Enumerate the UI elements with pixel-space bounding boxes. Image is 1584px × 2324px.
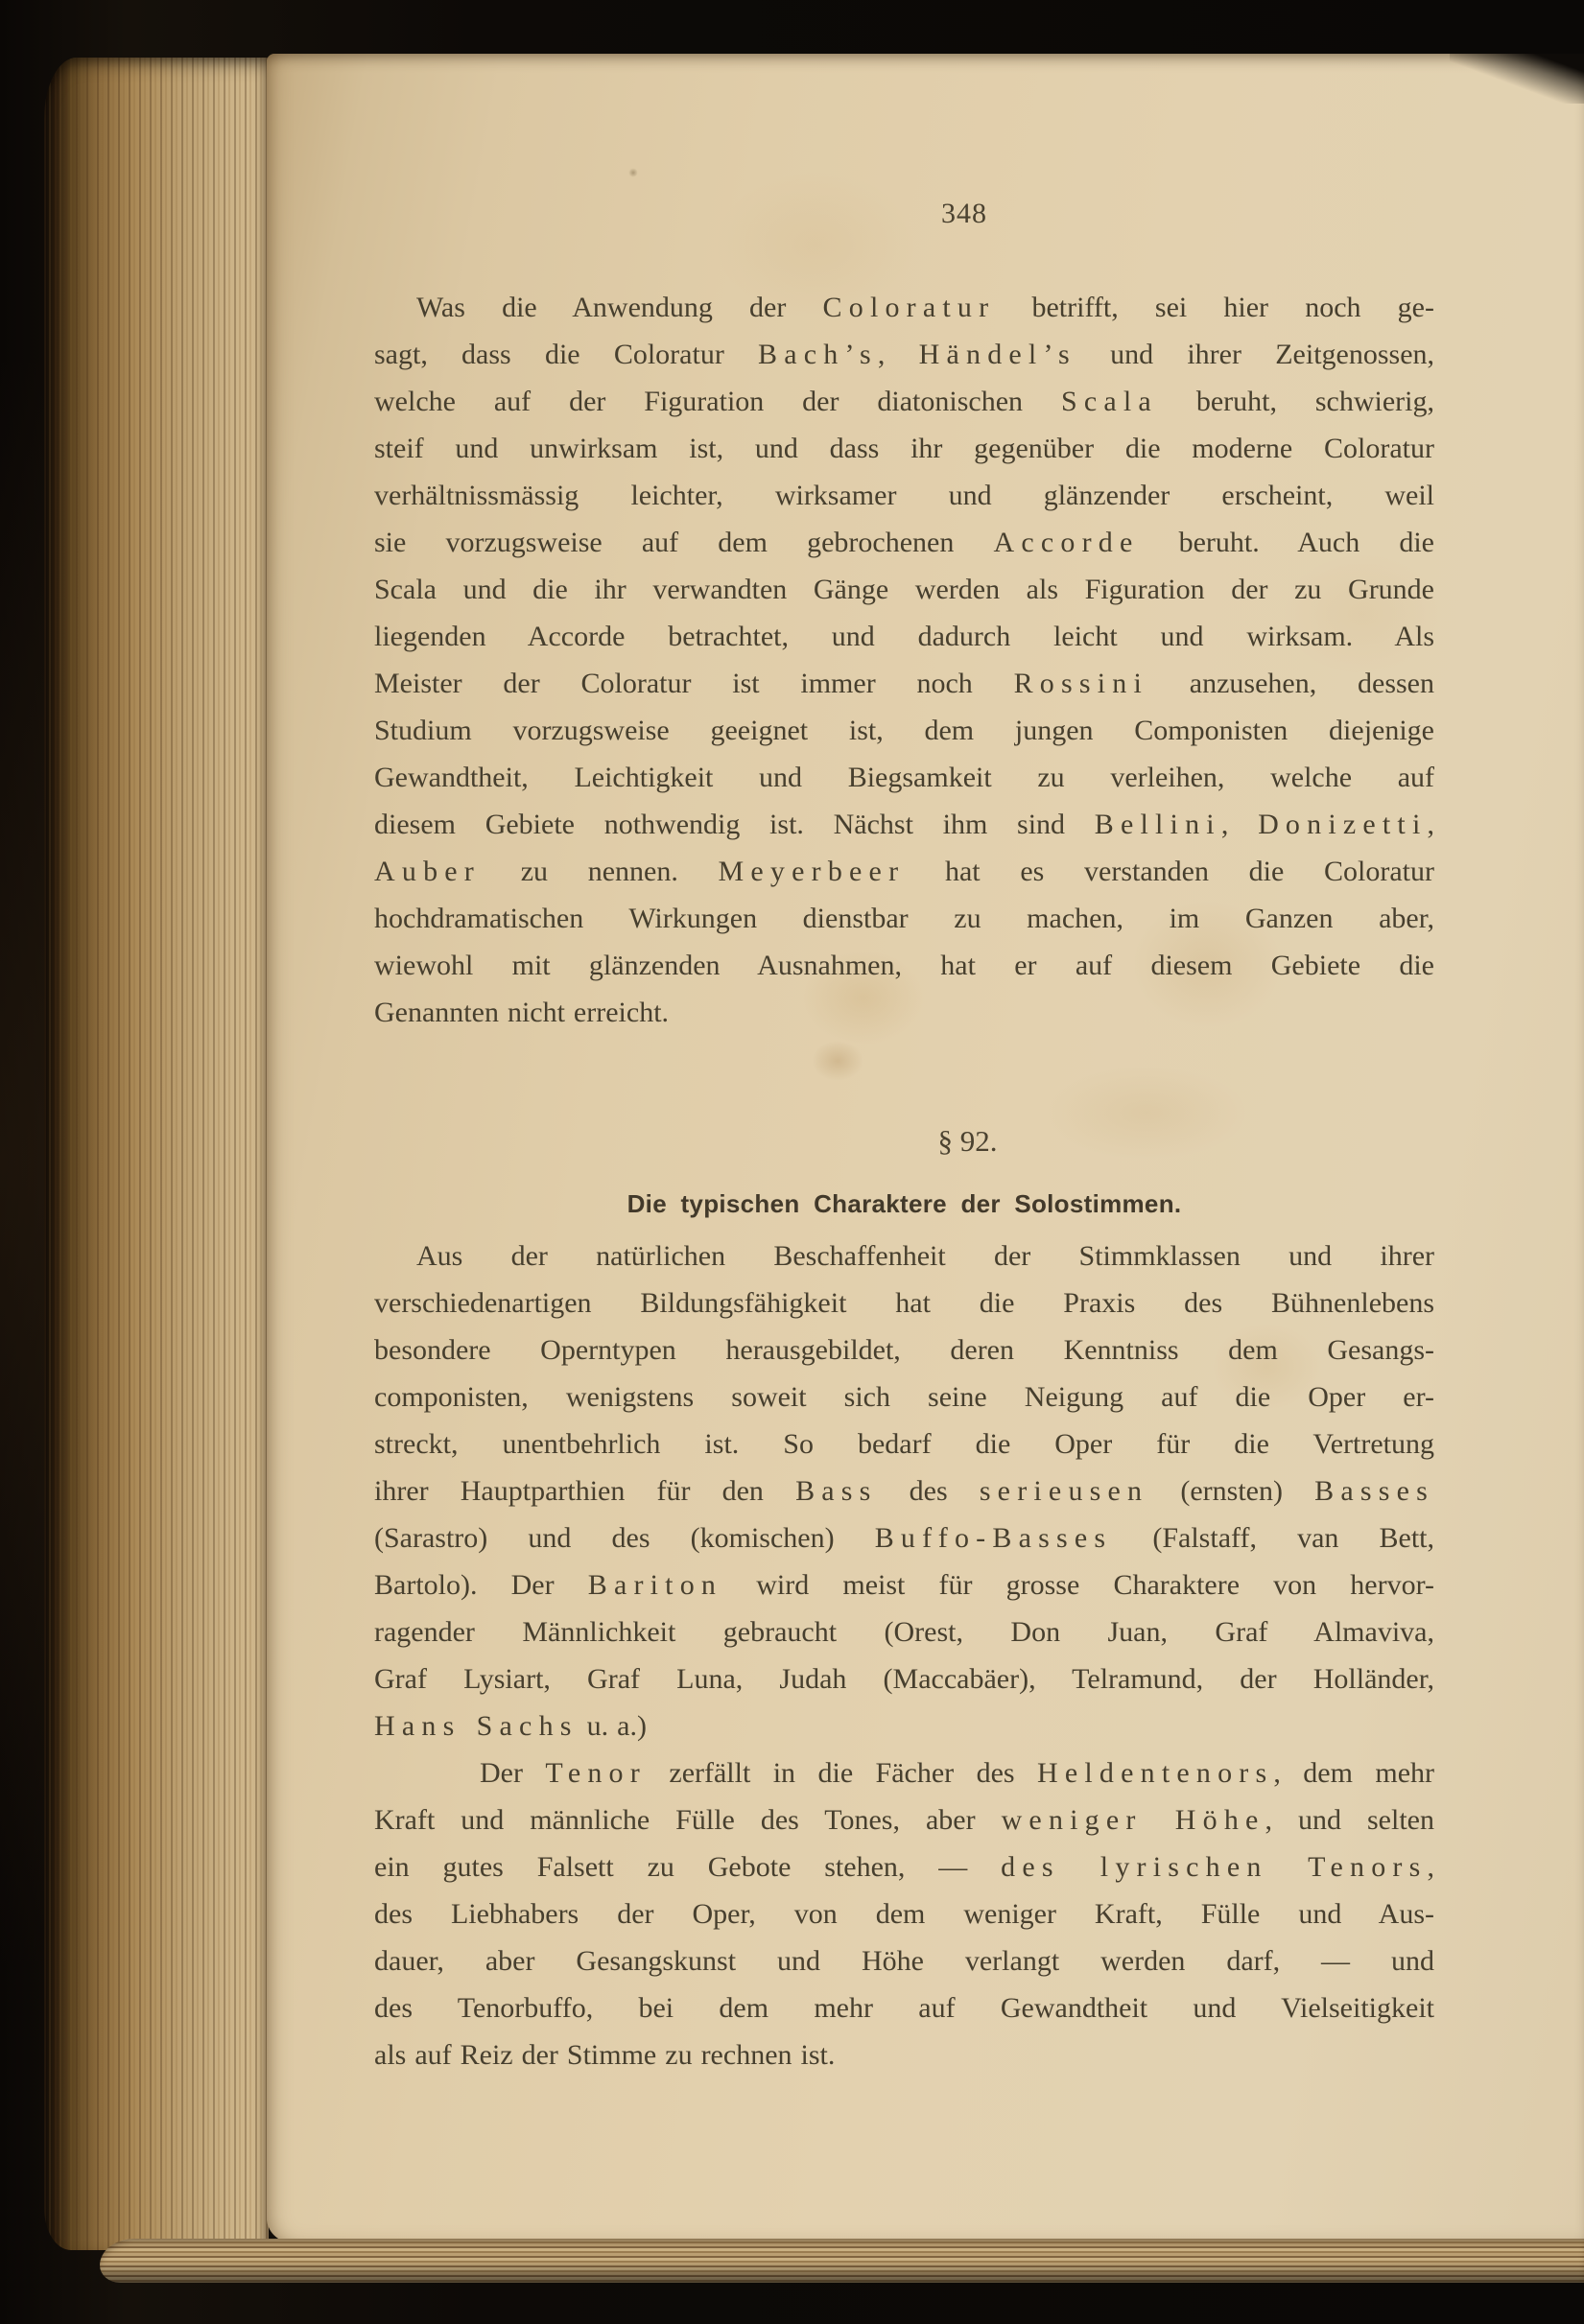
body-text: diesem Gebiete nothwendig ist. Nächst ih… [374, 809, 1095, 840]
letterspaced-text: Tenor [545, 1757, 647, 1789]
body-text: betrifft, sei hier noch ge- [995, 292, 1434, 323]
body-text: Kraft und männliche Fülle des Tones, abe… [374, 1804, 1002, 1836]
text-line: Auber zu nennen. Meyerbeer hat es versta… [374, 848, 1434, 895]
body-text: Der [480, 1757, 545, 1789]
body-text: ihrer Hauptparthien für den [374, 1475, 795, 1507]
letterspaced-text: Bach’s [758, 339, 878, 370]
text-line: Was die Anwendung der Coloratur betrifft… [374, 284, 1434, 331]
letterspaced-text: des lyrischen Tenors [1001, 1851, 1427, 1883]
letterspaced-text: Auber [374, 856, 481, 887]
text-line: streckt, unentbehrlich ist. So bedarf di… [374, 1420, 1434, 1467]
page-corner-shadow [1450, 54, 1584, 104]
body-text: Gewandtheit, Leichtigkeit und Biegsamkei… [374, 762, 1434, 793]
body-text: ragender Männlichkeit gebraucht (Orest, … [374, 1616, 1434, 1648]
letterspaced-text: Donizetti [1258, 809, 1427, 840]
text-line: liegenden Accorde betrachtet, und dadurc… [374, 613, 1434, 660]
text-line: Kraft und männliche Fülle des Tones, abe… [374, 1796, 1434, 1843]
body-text: Aus der natürlichen Beschaffenheit der S… [416, 1240, 1434, 1272]
body-text: des [878, 1475, 980, 1507]
text-line: welche auf der Figuration der diatonisch… [374, 378, 1434, 425]
body-text: , und selten [1265, 1804, 1434, 1836]
body-text: Meister der Coloratur ist immer noch [374, 668, 1014, 699]
text-line: Scala und die ihr verwandten Gänge werde… [374, 566, 1434, 613]
text-line: Bartolo). Der Bariton wird meist für gro… [374, 1561, 1434, 1608]
letterspaced-text: Händel’s [919, 339, 1076, 370]
body-text: , dem mehr [1273, 1757, 1434, 1789]
text-line: ein gutes Falsett zu Gebote stehen, — de… [374, 1843, 1434, 1890]
paragraph: Aus der natürlichen Beschaffenheit der S… [374, 1232, 1434, 1749]
body-text: (Falstaff, van Bett, [1112, 1522, 1434, 1554]
text-line: als auf Reiz der Stimme zu rechnen ist. [374, 2031, 1434, 2078]
text-line: verschiedenartigen Bildungsfähigkeit hat… [374, 1279, 1434, 1326]
letterspaced-text: Bass [795, 1475, 877, 1507]
text-line: sagt, dass die Coloratur Bach’s, Händel’… [374, 331, 1434, 378]
letterspaced-text: Coloratur [823, 292, 996, 323]
text-line: Aus der natürlichen Beschaffenheit der S… [374, 1232, 1434, 1279]
body-text: , [878, 339, 919, 370]
book-bottom-page-edges [100, 2239, 1584, 2283]
body-text: streckt, unentbehrlich ist. So bedarf di… [374, 1428, 1434, 1460]
body-text: sagt, dass die Coloratur [374, 339, 758, 370]
section-heading: Die typischen Charaktere der Solostimmen… [374, 1189, 1434, 1228]
body-text: u. a.) [579, 1710, 647, 1742]
body-text: des Liebhabers der Oper, von dem weniger… [374, 1898, 1434, 1930]
body-text: wiewohl mit glänzenden Ausnahmen, hat er… [374, 950, 1434, 981]
body-text: zu nennen. [481, 856, 719, 887]
body-text: , [1221, 809, 1258, 840]
body-text: Graf Lysiart, Graf Luna, Judah (Maccabäe… [374, 1663, 1434, 1695]
text-line: Hans Sachs u. a.) [374, 1702, 1434, 1749]
body-text: verschiedenartigen Bildungsfähigkeit hat… [374, 1287, 1434, 1319]
body-text: und ihrer Zeitgenossen, [1076, 339, 1434, 370]
body-text: ein gutes Falsett zu Gebote stehen, — [374, 1851, 1001, 1883]
body-text: des Tenorbuffo, bei dem mehr auf Gewandt… [374, 1992, 1434, 2024]
text-line: besondere Operntypen herausgebildet, der… [374, 1326, 1434, 1373]
body-text: welche auf der Figuration der diatonisch… [374, 386, 1061, 417]
letterspaced-text: Bellini [1095, 809, 1221, 840]
body-text: hat es verstanden die Coloratur [905, 856, 1434, 887]
body-text: componisten, wenigstens soweit sich sein… [374, 1381, 1434, 1413]
text-line: wiewohl mit glänzenden Ausnahmen, hat er… [374, 942, 1434, 989]
text-line: des Liebhabers der Oper, von dem weniger… [374, 1890, 1434, 1937]
text-line: (Sarastro) und des (komischen) Buffo-Bas… [374, 1514, 1434, 1561]
body-text: Studium vorzugsweise geeignet ist, dem j… [374, 715, 1434, 746]
page-number: 348 [907, 198, 1022, 236]
body-text: anzusehen, dessen [1148, 668, 1434, 699]
text-line: hochdramatischen Wirkungen dienstbar zu … [374, 895, 1434, 942]
book-page: 348 § 92. Die typischen Charaktere der S… [267, 54, 1584, 2242]
text-line: steif und unwirksam ist, und dass ihr ge… [374, 425, 1434, 472]
paragraph: Was die Anwendung der Coloratur betrifft… [374, 284, 1434, 1036]
body-text: (Sarastro) und des (komischen) [374, 1522, 875, 1554]
body-text: besondere Operntypen herausgebildet, der… [374, 1334, 1434, 1366]
body-text: sie vorzugsweise auf dem gebrochenen [374, 527, 993, 558]
letterspaced-text: Accorde [993, 527, 1139, 558]
body-text: dauer, aber Gesangskunst und Höhe verlan… [374, 1945, 1434, 1977]
text-line: ihrer Hauptparthien für den Bass des ser… [374, 1467, 1434, 1514]
section-mark: § 92. [437, 1124, 1498, 1171]
letterspaced-text: Buffo-Basses [875, 1522, 1113, 1554]
body-text: steif und unwirksam ist, und dass ihr ge… [374, 433, 1434, 464]
book-scan-photo: 348 § 92. Die typischen Charaktere der S… [0, 0, 1584, 2324]
book-fore-edge [44, 58, 269, 2250]
body-text: liegenden Accorde betrachtet, und dadurc… [374, 621, 1434, 652]
text-line: dauer, aber Gesangskunst und Höhe verlan… [374, 1937, 1434, 1984]
letterspaced-text: Scala [1061, 386, 1158, 417]
body-text: verhältnissmässig leichter, wirksamer un… [374, 480, 1434, 511]
body-text: , [1428, 809, 1435, 840]
text-line: componisten, wenigstens soweit sich sein… [374, 1373, 1434, 1420]
letterspaced-text: weniger Höhe [1002, 1804, 1265, 1836]
body-text: beruht. Auch die [1139, 527, 1434, 558]
text-line: Genannten nicht erreicht. [374, 989, 1434, 1036]
text-line: Graf Lysiart, Graf Luna, Judah (Maccabäe… [374, 1655, 1434, 1702]
text-line: Gewandtheit, Leichtigkeit und Biegsamkei… [374, 754, 1434, 801]
body-text: Genannten nicht erreicht. [374, 997, 669, 1028]
letterspaced-text: Rossini [1014, 668, 1148, 699]
body-text: hochdramatischen Wirkungen dienstbar zu … [374, 903, 1434, 934]
text-line: ragender Männlichkeit gebraucht (Orest, … [374, 1608, 1434, 1655]
body-text: , [1428, 1851, 1435, 1883]
letterspaced-text: Heldentenors [1037, 1757, 1273, 1789]
letterspaced-text: Basses [1314, 1475, 1434, 1507]
body-text: Was die Anwendung der [416, 292, 823, 323]
body-text: (ernsten) [1148, 1475, 1314, 1507]
text-line: sie vorzugsweise auf dem gebrochenen Acc… [374, 519, 1434, 566]
body-text: zerfällt in die Fächer des [647, 1757, 1037, 1789]
text-line: Studium vorzugsweise geeignet ist, dem j… [374, 707, 1434, 754]
body-text: beruht, schwierig, [1158, 386, 1434, 417]
text-line: Meister der Coloratur ist immer noch Ros… [374, 660, 1434, 707]
letterspaced-text: Hans Sachs [374, 1710, 579, 1742]
paragraph: Der Tenor zerfällt in die Fächer des Hel… [374, 1749, 1434, 2078]
text-line: diesem Gebiete nothwendig ist. Nächst ih… [374, 801, 1434, 848]
body-text: wird meist für grosse Charaktere von her… [722, 1569, 1434, 1601]
text-line: des Tenorbuffo, bei dem mehr auf Gewandt… [374, 1984, 1434, 2031]
body-text: als auf Reiz der Stimme zu rechnen ist. [374, 2039, 835, 2071]
letterspaced-text: serieusen [980, 1475, 1148, 1507]
text-line: Der Tenor zerfällt in die Fächer des Hel… [374, 1749, 1434, 1796]
text-line: verhältnissmässig leichter, wirksamer un… [374, 472, 1434, 519]
body-text: Bartolo). Der [374, 1569, 588, 1601]
letterspaced-text: Meyerbeer [719, 856, 906, 887]
letterspaced-text: Bariton [588, 1569, 722, 1601]
body-text: Scala und die ihr verwandten Gänge werde… [374, 574, 1434, 605]
